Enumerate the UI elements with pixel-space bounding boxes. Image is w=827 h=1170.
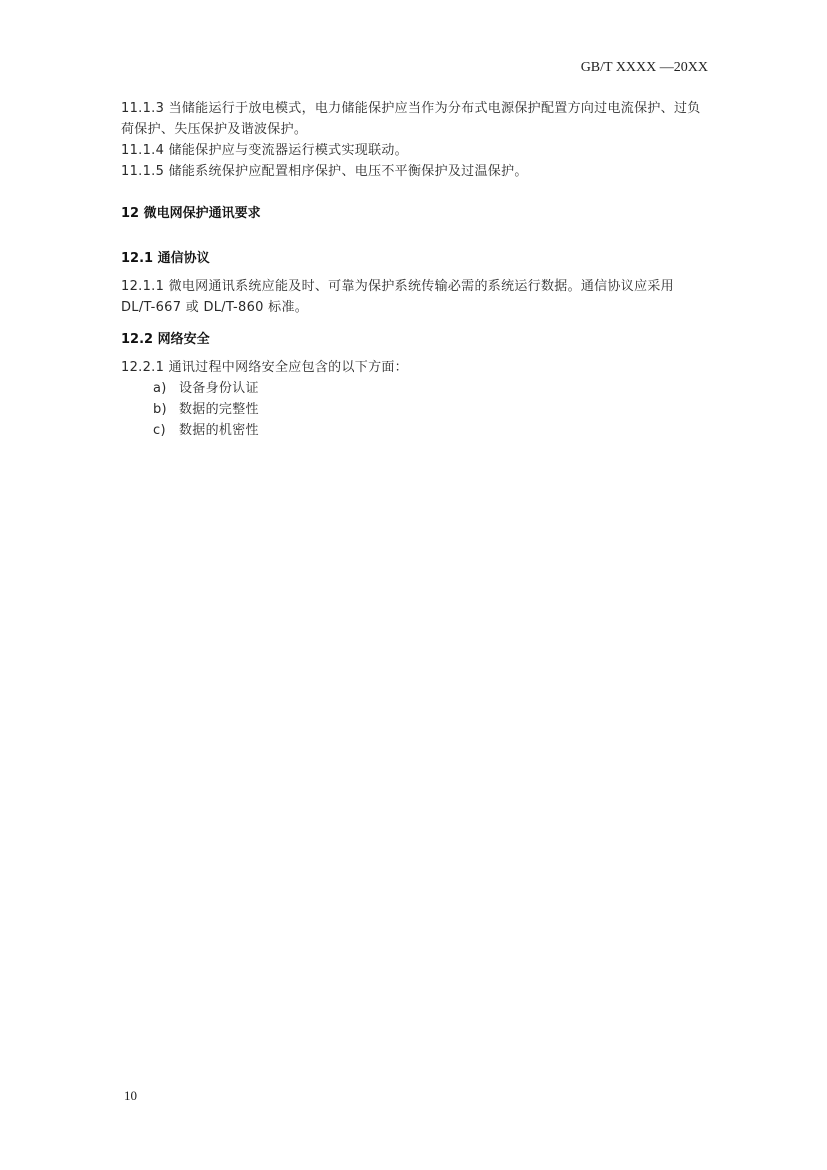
clause-11-1-5: 11.1.5 储能系统保护应配置相序保护、电压不平衡保护及过温保护。 bbox=[121, 161, 711, 182]
clause-12-1-1: 12.1.1 微电网通讯系统应能及时、可靠为保护系统传输必需的系统运行数据。通信… bbox=[121, 276, 711, 318]
section-heading-12: 12 微电网保护通讯要求 bbox=[121, 202, 711, 221]
list-item: c)数据的机密性 bbox=[121, 420, 711, 441]
clause-11-1-4: 11.1.4 储能保护应与变流器运行模式实现联动。 bbox=[121, 140, 711, 161]
list-item: a)设备身份认证 bbox=[121, 378, 711, 399]
clause-11-1-3: 11.1.3 当储能运行于放电模式，电力储能保护应当作为分布式电源保护配置方向过… bbox=[121, 98, 711, 140]
clause-12-2-1: 12.2.1 通讯过程中网络安全应包含的以下方面： bbox=[121, 357, 711, 378]
page-content: 11.1.3 当储能运行于放电模式，电力储能保护应当作为分布式电源保护配置方向过… bbox=[121, 98, 711, 441]
section-heading-12-1: 12.1 通信协议 bbox=[121, 247, 711, 266]
section-heading-12-2: 12.2 网络安全 bbox=[121, 328, 711, 347]
page-number: 10 bbox=[124, 1088, 137, 1104]
document-code-header: GB/T XXXX —20XX bbox=[581, 60, 708, 76]
security-aspects-list: a)设备身份认证 b)数据的完整性 c)数据的机密性 bbox=[121, 378, 711, 441]
list-item: b)数据的完整性 bbox=[121, 399, 711, 420]
